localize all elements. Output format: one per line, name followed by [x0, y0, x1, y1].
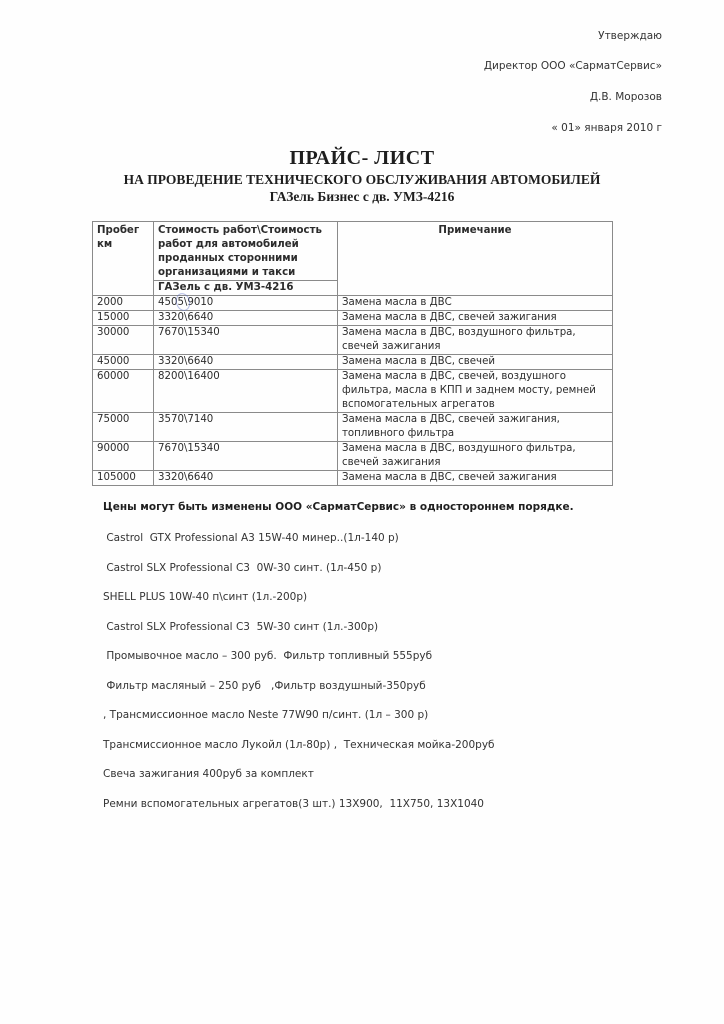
- title-subtitle: НА ПРОВЕДЕНИЕ ТЕХНИЧЕСКОГО ОБСЛУЖИВАНИЯ …: [0, 171, 724, 188]
- cell-cost: 4505\9010: [154, 296, 338, 311]
- cell-mileage: 2000: [93, 296, 154, 311]
- extra-item: Castrol GTX Professional A3 15W-40 минер…: [103, 532, 495, 562]
- extra-item: Castrol SLX Professional C3 5W-30 синт (…: [103, 621, 495, 651]
- title-vehicle: ГАЗель Бизнес с дв. УМЗ-4216: [0, 188, 724, 205]
- extra-item: Трансмиссионное масло Лукойл (1л-80р) , …: [103, 739, 495, 769]
- approval-line-director: Директор ООО «СарматСервис»: [484, 60, 662, 72]
- price-table: Пробег км Стоимость работ\Стоимость рабо…: [92, 221, 613, 486]
- table-row: 20004505\9010Замена масла в ДВС: [93, 296, 613, 311]
- title-main: ПРАЙС- ЛИСТ: [0, 146, 724, 170]
- header-note: Примечание: [338, 222, 613, 296]
- cell-cost: 3570\7140: [154, 413, 338, 442]
- cell-mileage: 45000: [93, 355, 154, 370]
- cell-cost: 3320\6640: [154, 311, 338, 326]
- cell-note: Замена масла в ДВС, свечей: [338, 355, 613, 370]
- table-row: 1050003320\6640Замена масла в ДВС, свече…: [93, 471, 613, 486]
- cell-mileage: 30000: [93, 326, 154, 355]
- table-row: 900007670\15340Замена масла в ДВС, возду…: [93, 442, 613, 471]
- document-title: ПРАЙС- ЛИСТ НА ПРОВЕДЕНИЕ ТЕХНИЧЕСКОГО О…: [0, 146, 724, 205]
- table-row: 600008200\16400Замена масла в ДВС, свече…: [93, 370, 613, 413]
- approval-line-approve: Утверждаю: [598, 30, 662, 42]
- approval-line-date: « 01» января 2010 г: [551, 122, 662, 134]
- cell-note: Замена масла в ДВС, свечей, воздушного ф…: [338, 370, 613, 413]
- cell-cost: 8200\16400: [154, 370, 338, 413]
- table-row: 450003320\6640Замена масла в ДВС, свечей: [93, 355, 613, 370]
- cell-note: Замена масла в ДВС, свечей зажигания: [338, 471, 613, 486]
- cell-cost: 7670\15340: [154, 326, 338, 355]
- header-cost: Стоимость работ\Стоимость работ для авто…: [154, 222, 338, 281]
- cell-note: Замена масла в ДВС, свечей зажигания, то…: [338, 413, 613, 442]
- cell-mileage: 105000: [93, 471, 154, 486]
- table-row: 150003320\6640Замена масла в ДВС, свечей…: [93, 311, 613, 326]
- table-row: 300007670\15340Замена масла в ДВС, возду…: [93, 326, 613, 355]
- cell-mileage: 15000: [93, 311, 154, 326]
- extra-item: Castrol SLX Professional C3 0W-30 синт. …: [103, 562, 495, 592]
- extra-item: Свеча зажигания 400руб за комплект: [103, 768, 495, 798]
- extra-item: SHELL PLUS 10W-40 п\синт (1л.-200р): [103, 591, 495, 621]
- cell-note: Замена масла в ДВС: [338, 296, 613, 311]
- cell-cost: 3320\6640: [154, 471, 338, 486]
- cell-note: Замена масла в ДВС, воздушного фильтра, …: [338, 442, 613, 471]
- extra-item: Промывочное масло – 300 руб. Фильтр топл…: [103, 650, 495, 680]
- approval-line-name: Д.В. Морозов: [590, 91, 662, 103]
- cell-mileage: 75000: [93, 413, 154, 442]
- extra-item: Ремни вспомогательных агрегатов(3 шт.) 1…: [103, 798, 495, 828]
- cell-mileage: 90000: [93, 442, 154, 471]
- cell-note: Замена масла в ДВС, воздушного фильтра, …: [338, 326, 613, 355]
- cell-cost: 7670\15340: [154, 442, 338, 471]
- cell-note: Замена масла в ДВС, свечей зажигания: [338, 311, 613, 326]
- extra-item: Фильтр масляный – 250 руб ,Фильтр воздуш…: [103, 680, 495, 710]
- extra-items-list: Castrol GTX Professional A3 15W-40 минер…: [103, 532, 495, 827]
- table-header-row: Пробег км Стоимость работ\Стоимость рабо…: [93, 222, 613, 281]
- cell-cost: 3320\6640: [154, 355, 338, 370]
- price-change-notice: Цены могут быть изменены ООО «СарматСерв…: [103, 501, 574, 513]
- extra-item: , Трансмиссионное масло Neste 77W90 п/си…: [103, 709, 495, 739]
- header-mileage: Пробег км: [93, 222, 154, 296]
- table-row: 750003570\7140Замена масла в ДВС, свечей…: [93, 413, 613, 442]
- cell-mileage: 60000: [93, 370, 154, 413]
